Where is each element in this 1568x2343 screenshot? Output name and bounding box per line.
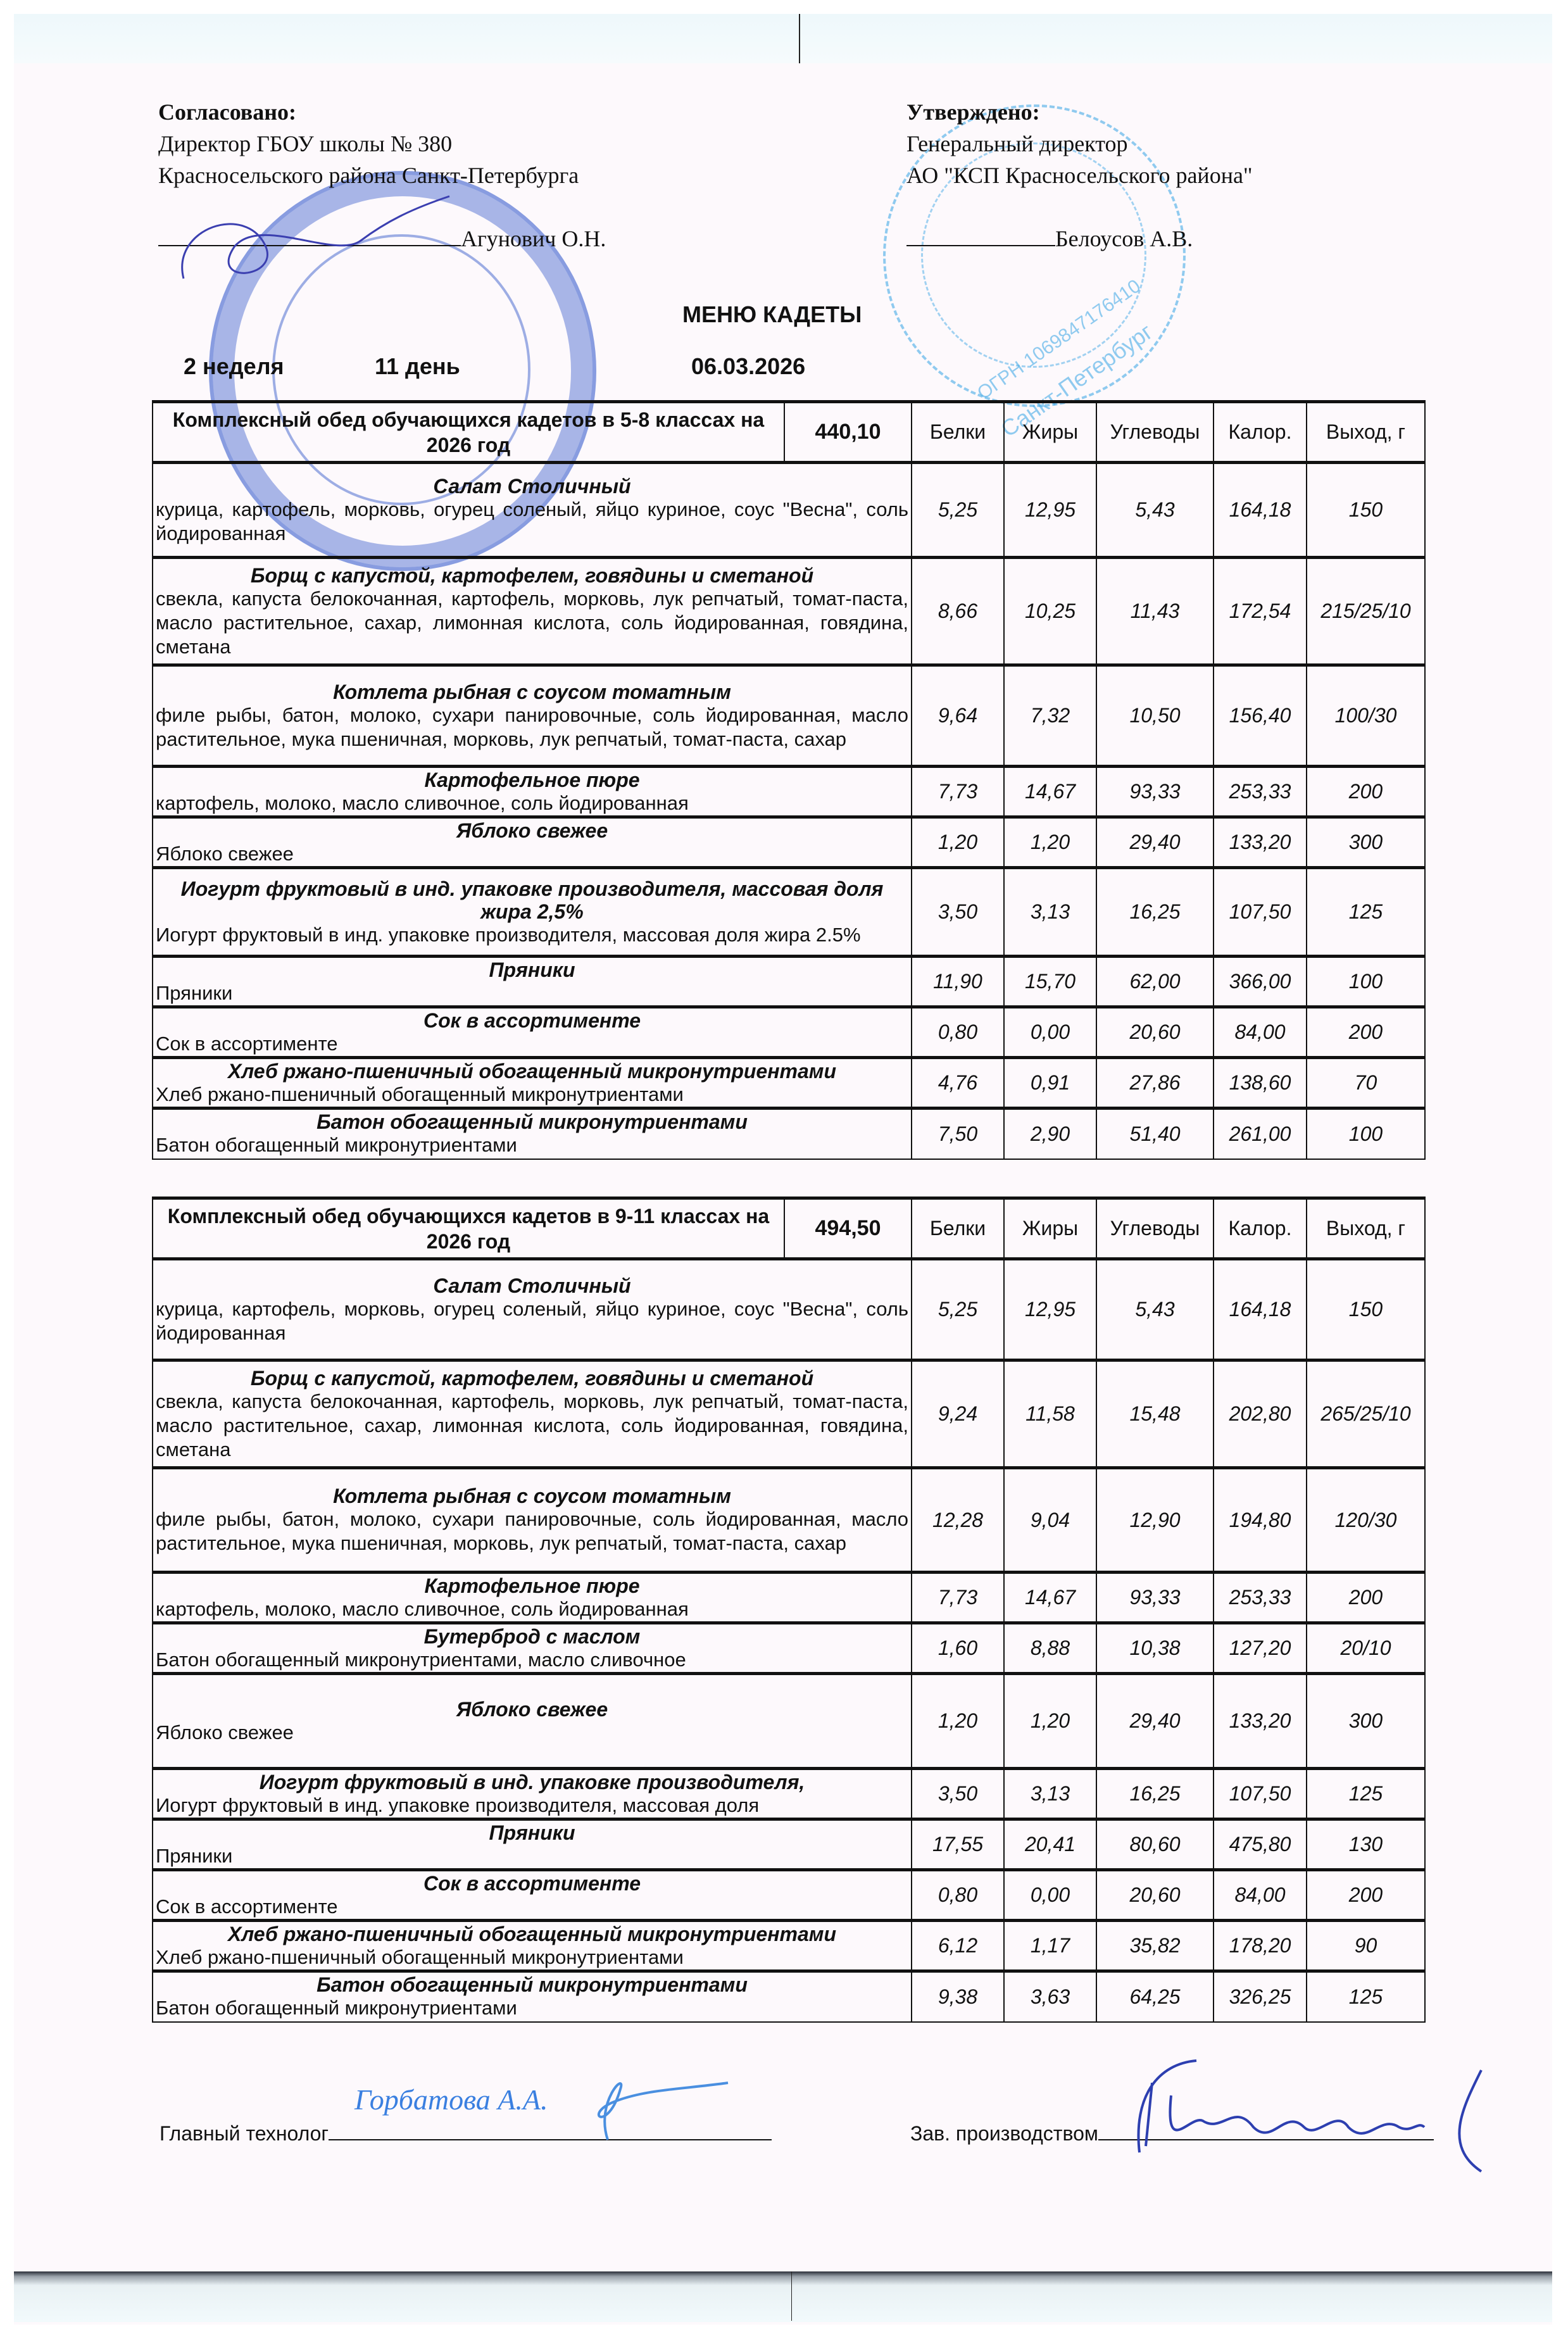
nutrition-protein: 11,90 [912,957,1004,1007]
dish-name: Иогурт фруктовый в инд. упаковке произво… [156,1771,908,1793]
nutrition-carbs: 10,38 [1096,1623,1214,1674]
column-header: Калор. [1214,1198,1307,1259]
nutrition-protein: 0,80 [912,1007,1004,1058]
table-row: Котлета рыбная с соусом томатнымфиле рыб… [153,1468,1425,1573]
column-header: Выход, г [1307,402,1425,463]
dish-cell: Хлеб ржано-пшеничный обогащенный микрону… [153,1921,912,1971]
nutrition-protein: 1,20 [912,817,1004,868]
table-row: Сок в ассортиментеСок в ассортименте0,80… [153,1007,1425,1058]
dish-cell: Батон обогащенный микронутриентамиБатон … [153,1971,912,2022]
nutrition-fat: 3,63 [1004,1971,1096,2022]
nutrition-yield: 70 [1307,1058,1425,1109]
column-header: Углеводы [1096,1198,1214,1259]
nutrition-carbs: 11,43 [1096,558,1214,665]
dish-cell: Сок в ассортиментеСок в ассортименте [153,1870,912,1921]
dish-cell: Иогурт фруктовый в инд. упаковке произво… [153,1769,912,1819]
dish-cell: Борщ с капустой, картофелем, говядины и … [153,558,912,665]
agreed-label: Согласовано: [158,99,296,125]
dish-ingredients: картофель, молоко, масло сливочное, соль… [156,791,908,815]
signer-left: Агунович О.Н. [461,226,606,251]
dish-ingredients: Батон обогащенный микронутриентами [156,1133,908,1157]
menu-date: 06.03.2026 [691,353,805,380]
table-row: Батон обогащенный микронутриентамиБатон … [153,1109,1425,1159]
nutrition-fat: 9,04 [1004,1468,1096,1573]
nutrition-yield: 200 [1307,767,1425,817]
nutrition-kcal: 178,20 [1214,1921,1307,1971]
approval-block-right: Утверждено: Генеральный директор АО "КСП… [906,96,1253,254]
nutrition-fat: 15,70 [1004,957,1096,1007]
nutrition-yield: 100 [1307,1109,1425,1159]
complex-lunch-title: Комплексный обед обучающихся кадетов в 9… [153,1198,784,1259]
dish-ingredients: Иогурт фруктовый в инд. упаковке произво… [156,1793,908,1818]
dish-name: Котлета рыбная с соусом томатным [156,681,908,703]
general-director-title: Генеральный директор [906,128,1253,160]
nutrition-yield: 150 [1307,1259,1425,1360]
director-title: Директор ГБОУ школы № 380 [158,128,606,160]
dish-cell: Котлета рыбная с соусом томатнымфиле рыб… [153,665,912,767]
nutrition-kcal: 253,33 [1214,1573,1307,1623]
page-title: МЕНЮ КАДЕТЫ [682,301,862,328]
nutrition-fat: 14,67 [1004,767,1096,817]
dish-ingredients: курица, картофель, морковь, огурец солен… [156,1297,908,1345]
dish-name: Сок в ассортименте [156,1009,908,1032]
nutrition-yield: 20/10 [1307,1623,1425,1674]
fold-mark-bottom [791,2271,792,2321]
dish-name: Салат Столичный [156,1274,908,1297]
nutrition-carbs: 5,43 [1096,1259,1214,1360]
nutrition-protein: 12,28 [912,1468,1004,1573]
nutrition-carbs: 16,25 [1096,1769,1214,1819]
nutrition-yield: 125 [1307,1769,1425,1819]
nutrition-carbs: 93,33 [1096,1573,1214,1623]
nutrition-protein: 5,25 [912,1259,1004,1360]
nutrition-yield: 90 [1307,1921,1425,1971]
nutrition-yield: 125 [1307,868,1425,957]
table-header-row: Комплексный обед обучающихся кадетов в 9… [153,1198,1425,1259]
dish-ingredients: филе рыбы, батон, молоко, сухари паниров… [156,1507,908,1555]
complex-lunch-price: 440,10 [784,402,912,463]
dish-cell: Яблоко свежееЯблоко свежее [153,817,912,868]
nutrition-protein: 6,12 [912,1921,1004,1971]
column-header: Белки [912,1198,1004,1259]
dish-name: Пряники [156,1821,908,1844]
nutrition-yield: 200 [1307,1573,1425,1623]
dish-cell: Картофельное пюрекартофель, молоко, масл… [153,767,912,817]
nutrition-yield: 300 [1307,817,1425,868]
nutrition-carbs: 51,40 [1096,1109,1214,1159]
dish-cell: Бутерброд с масломБатон обогащенный микр… [153,1623,912,1674]
technologist-label: Главный технолог [160,2122,329,2145]
nutrition-kcal: 164,18 [1214,1259,1307,1360]
dish-cell: Батон обогащенный микронутриентамиБатон … [153,1109,912,1159]
dish-name: Хлеб ржано-пшеничный обогащенный микрону… [156,1923,908,1945]
dish-ingredients: Яблоко свежее [156,1721,908,1745]
nutrition-kcal: 261,00 [1214,1109,1307,1159]
dish-name: Хлеб ржано-пшеничный обогащенный микрону… [156,1060,908,1083]
nutrition-fat: 8,88 [1004,1623,1096,1674]
table-row: Картофельное пюрекартофель, молоко, масл… [153,1573,1425,1623]
dish-name: Картофельное пюре [156,769,908,791]
dish-name: Салат Столичный [156,475,908,498]
technologist-signature-icon [570,2064,734,2152]
fold-mark-top [799,14,800,63]
dish-name: Яблоко свежее [156,1698,908,1721]
nutrition-protein: 7,50 [912,1109,1004,1159]
nutrition-fat: 3,13 [1004,1769,1096,1819]
nutrition-carbs: 20,60 [1096,1870,1214,1921]
nutrition-yield: 130 [1307,1819,1425,1870]
nutrition-yield: 120/30 [1307,1468,1425,1573]
nutrition-protein: 7,73 [912,767,1004,817]
nutrition-kcal: 194,80 [1214,1468,1307,1573]
dish-name: Яблоко свежее [156,819,908,842]
nutrition-carbs: 10,50 [1096,665,1214,767]
column-header: Калор. [1214,402,1307,463]
nutrition-protein: 1,60 [912,1623,1004,1674]
nutrition-fat: 1,17 [1004,1921,1096,1971]
nutrition-yield: 300 [1307,1674,1425,1769]
nutrition-fat: 7,32 [1004,665,1096,767]
nutrition-fat: 10,25 [1004,558,1096,665]
production-label: Зав. производством [910,2122,1098,2145]
table-row: Сок в ассортиментеСок в ассортименте0,80… [153,1870,1425,1921]
nutrition-carbs: 62,00 [1096,957,1214,1007]
nutrition-kcal: 366,00 [1214,957,1307,1007]
dish-cell: Иогурт фруктовый в инд. упаковке произво… [153,868,912,957]
nutrition-kcal: 84,00 [1214,1870,1307,1921]
nutrition-carbs: 64,25 [1096,1971,1214,2022]
dish-ingredients: Яблоко свежее [156,842,908,866]
nutrition-kcal: 326,25 [1214,1971,1307,2022]
column-header: Выход, г [1307,1198,1425,1259]
nutrition-kcal: 107,50 [1214,868,1307,957]
dish-name: Борщ с капустой, картофелем, говядины и … [156,564,908,587]
nutrition-fat: 0,00 [1004,1007,1096,1058]
nutrition-fat: 1,20 [1004,1674,1096,1769]
nutrition-protein: 4,76 [912,1058,1004,1109]
nutrition-protein: 5,25 [912,463,1004,558]
dish-ingredients: Пряники [156,1844,908,1868]
dish-ingredients: филе рыбы, батон, молоко, сухари паниров… [156,703,908,751]
nutrition-kcal: 475,80 [1214,1819,1307,1870]
dish-ingredients: Иогурт фруктовый в инд. упаковке произво… [156,923,908,947]
nutrition-carbs: 29,40 [1096,817,1214,868]
dish-name: Иогурт фруктовый в инд. упаковке произво… [156,877,908,923]
dish-name: Батон обогащенный микронутриентами [156,1973,908,1996]
menu-table-1: Комплексный обед обучающихся кадетов в 5… [152,400,1426,1160]
dish-name: Котлета рыбная с соусом томатным [156,1485,908,1507]
nutrition-protein: 17,55 [912,1819,1004,1870]
nutrition-yield: 215/25/10 [1307,558,1425,665]
table-row: ПряникиПряники17,5520,4180,60475,80130 [153,1819,1425,1870]
production-signature-icon [1127,2057,1519,2184]
dish-cell: Сок в ассортиментеСок в ассортименте [153,1007,912,1058]
table-row: Борщ с капустой, картофелем, говядины и … [153,1360,1425,1468]
nutrition-protein: 3,50 [912,868,1004,957]
dish-cell: Борщ с капустой, картофелем, говядины и … [153,1360,912,1468]
complex-lunch-price: 494,50 [784,1198,912,1259]
week-label: 2 неделя [184,353,284,380]
table-row: Бутерброд с масломБатон обогащенный микр… [153,1623,1425,1674]
nutrition-protein: 0,80 [912,1870,1004,1921]
nutrition-carbs: 20,60 [1096,1007,1214,1058]
dish-name: Бутерброд с маслом [156,1625,908,1648]
column-header: Белки [912,402,1004,463]
menu-table-2: Комплексный обед обучающихся кадетов в 9… [152,1197,1426,2023]
dish-ingredients: свекла, капуста белокочанная, картофель,… [156,1390,908,1462]
dish-ingredients: курица, картофель, морковь, огурец солен… [156,498,908,546]
dish-cell: Картофельное пюрекартофель, молоко, масл… [153,1573,912,1623]
nutrition-yield: 200 [1307,1870,1425,1921]
scan-edge-bottom [14,2271,1552,2322]
table-row: Иогурт фруктовый в инд. упаковке произво… [153,1769,1425,1819]
nutrition-fat: 14,67 [1004,1573,1096,1623]
table-row: Борщ с капустой, картофелем, говядины и … [153,558,1425,665]
dish-ingredients: Пряники [156,981,908,1005]
nutrition-kcal: 138,60 [1214,1058,1307,1109]
nutrition-kcal: 202,80 [1214,1360,1307,1468]
nutrition-fat: 12,95 [1004,1259,1096,1360]
nutrition-yield: 100/30 [1307,665,1425,767]
table-row: Иогурт фруктовый в инд. упаковке произво… [153,868,1425,957]
signer-right: Белоусов А.В. [1055,226,1193,251]
nutrition-carbs: 15,48 [1096,1360,1214,1468]
nutrition-yield: 100 [1307,957,1425,1007]
nutrition-protein: 1,20 [912,1674,1004,1769]
dish-ingredients: картофель, молоко, масло сливочное, соль… [156,1597,908,1621]
nutrition-kcal: 133,20 [1214,817,1307,868]
table-row: Хлеб ржано-пшеничный обогащенный микрону… [153,1058,1425,1109]
day-label: 11 день [375,353,460,380]
nutrition-yield: 265/25/10 [1307,1360,1425,1468]
dish-ingredients: свекла, капуста белокочанная, картофель,… [156,587,908,659]
signature-line-right [906,245,1055,246]
nutrition-fat: 2,90 [1004,1109,1096,1159]
dish-ingredients: Сок в ассортименте [156,1895,908,1919]
nutrition-fat: 0,00 [1004,1870,1096,1921]
nutrition-kcal: 107,50 [1214,1769,1307,1819]
nutrition-kcal: 156,40 [1214,665,1307,767]
nutrition-fat: 3,13 [1004,868,1096,957]
table-row: Батон обогащенный микронутриентамиБатон … [153,1971,1425,2022]
nutrition-carbs: 16,25 [1096,868,1214,957]
dish-ingredients: Батон обогащенный микронутриентами [156,1996,908,2020]
dish-cell: Хлеб ржано-пшеничный обогащенный микрону… [153,1058,912,1109]
dish-name: Борщ с капустой, картофелем, говядины и … [156,1367,908,1390]
dish-ingredients: Хлеб ржано-пшеничный обогащенный микрону… [156,1083,908,1107]
nutrition-protein: 3,50 [912,1769,1004,1819]
dish-name: Батон обогащенный микронутриентами [156,1110,908,1133]
nutrition-kcal: 172,54 [1214,558,1307,665]
table-row: Яблоко свежееЯблоко свежее1,201,2029,401… [153,817,1425,868]
nutrition-carbs: 93,33 [1096,767,1214,817]
nutrition-carbs: 27,86 [1096,1058,1214,1109]
table-row: Картофельное пюрекартофель, молоко, масл… [153,767,1425,817]
school-district: Красносельского района Санкт-Петербурга [158,160,606,191]
column-header: Углеводы [1096,402,1214,463]
nutrition-carbs: 29,40 [1096,1674,1214,1769]
table-row: Салат Столичныйкурица, картофель, морков… [153,463,1425,558]
column-header: Жиры [1004,1198,1096,1259]
complex-lunch-title: Комплексный обед обучающихся кадетов в 5… [153,402,784,463]
approved-label: Утверждено: [906,99,1040,125]
table-row: Салат Столичныйкурица, картофель, морков… [153,1259,1425,1360]
dish-cell: Салат Столичныйкурица, картофель, морков… [153,1259,912,1360]
nutrition-kcal: 253,33 [1214,767,1307,817]
dish-cell: ПряникиПряники [153,957,912,1007]
dish-cell: Салат Столичныйкурица, картофель, морков… [153,463,912,558]
nutrition-fat: 20,41 [1004,1819,1096,1870]
nutrition-kcal: 127,20 [1214,1623,1307,1674]
nutrition-protein: 8,66 [912,558,1004,665]
dish-cell: Яблоко свежееЯблоко свежее [153,1674,912,1769]
column-header: Жиры [1004,402,1096,463]
nutrition-yield: 150 [1307,463,1425,558]
nutrition-yield: 125 [1307,1971,1425,2022]
nutrition-carbs: 80,60 [1096,1819,1214,1870]
dish-cell: ПряникиПряники [153,1819,912,1870]
table-row: ПряникиПряники11,9015,7062,00366,00100 [153,957,1425,1007]
nutrition-fat: 11,58 [1004,1360,1096,1468]
dish-ingredients: Батон обогащенный микронутриентами, масл… [156,1648,908,1672]
scan-edge-top [14,14,1552,63]
dish-name: Сок в ассортименте [156,1872,908,1895]
nutrition-protein: 9,24 [912,1360,1004,1468]
company-name: АО "КСП Красносельского района" [906,160,1253,191]
director-signature-icon [171,190,462,291]
nutrition-protein: 9,64 [912,665,1004,767]
nutrition-carbs: 12,90 [1096,1468,1214,1573]
dish-cell: Котлета рыбная с соусом томатнымфиле рыб… [153,1468,912,1573]
table-row: Яблоко свежееЯблоко свежее1,201,2029,401… [153,1674,1425,1769]
nutrition-protein: 9,38 [912,1971,1004,2022]
table-header-row: Комплексный обед обучающихся кадетов в 5… [153,402,1425,463]
nutrition-fat: 1,20 [1004,817,1096,868]
dish-ingredients: Сок в ассортименте [156,1032,908,1056]
technologist-signature-name: Горбатова А.А. [354,2083,548,2116]
nutrition-carbs: 35,82 [1096,1921,1214,1971]
nutrition-kcal: 164,18 [1214,463,1307,558]
nutrition-kcal: 84,00 [1214,1007,1307,1058]
nutrition-yield: 200 [1307,1007,1425,1058]
nutrition-fat: 12,95 [1004,463,1096,558]
nutrition-kcal: 133,20 [1214,1674,1307,1769]
dish-name: Пряники [156,958,908,981]
table-row: Котлета рыбная с соусом томатнымфиле рыб… [153,665,1425,767]
nutrition-carbs: 5,43 [1096,463,1214,558]
dish-name: Картофельное пюре [156,1574,908,1597]
dish-ingredients: Хлеб ржано-пшеничный обогащенный микрону… [156,1945,908,1969]
nutrition-fat: 0,91 [1004,1058,1096,1109]
table-row: Хлеб ржано-пшеничный обогащенный микрону… [153,1921,1425,1971]
nutrition-protein: 7,73 [912,1573,1004,1623]
